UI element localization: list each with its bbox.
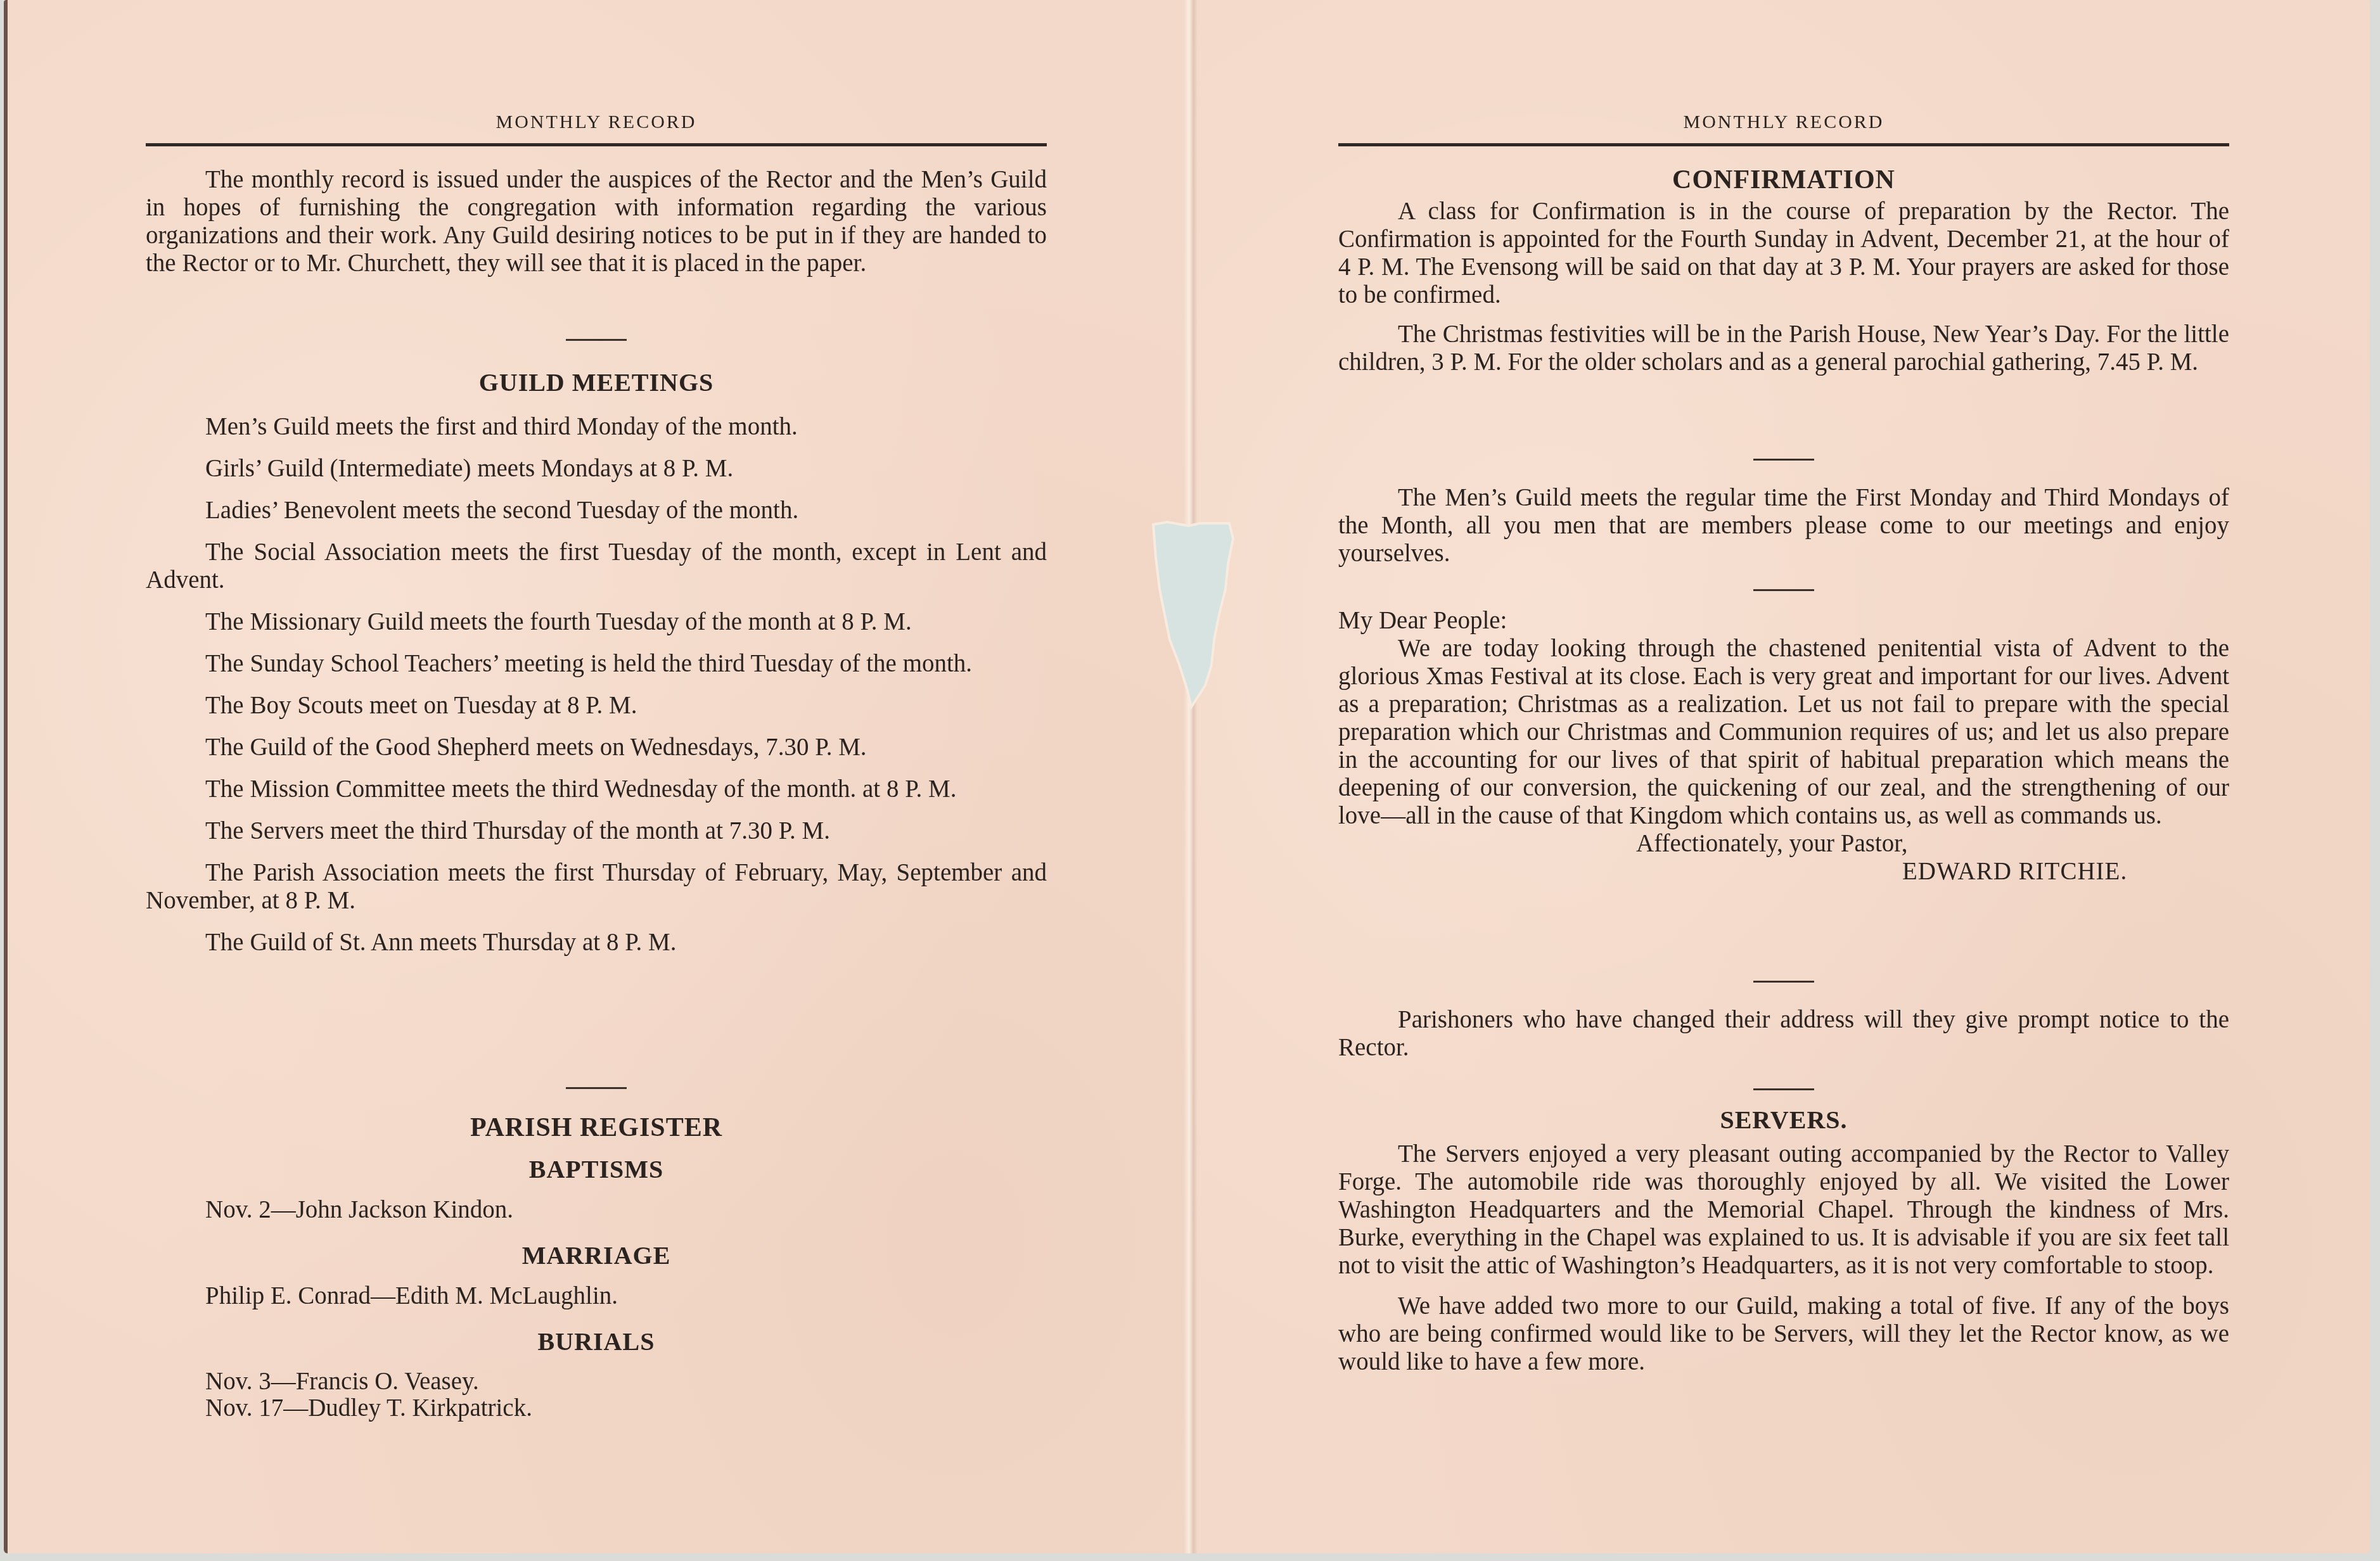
- running-head-left: MONTHLY RECORD: [146, 111, 1047, 133]
- intro-paragraph: The monthly record is issued under the a…: [146, 166, 1047, 277]
- header-rule: [1338, 143, 2229, 146]
- section-title-servers: SERVERS.: [1338, 1106, 2229, 1134]
- meeting-item: The Missionary Guild meets the fourth Tu…: [146, 608, 1047, 636]
- separator: [566, 339, 627, 341]
- mens-guild-notice: The Men’s Guild meets the regular time t…: [1338, 484, 2229, 568]
- letter-body: We are today looking through the chasten…: [1338, 635, 2229, 830]
- meeting-item: The Sunday School Teachers’ meeting is h…: [146, 650, 1047, 678]
- pastor-letter-section: My Dear People: We are today looking thr…: [1338, 607, 2229, 886]
- marriage-entry: Philip E. Conrad—Edith M. McLaughlin.: [146, 1282, 1047, 1310]
- separator-wrap: [1338, 589, 2229, 591]
- letter-signature: EDWARD RITCHIE.: [1338, 858, 2229, 886]
- confirmation-paragraph: A class for Confirmation is in the cours…: [1338, 198, 2229, 309]
- servers-section: SERVERS. The Servers enjoyed a very plea…: [1338, 1106, 2229, 1376]
- meeting-item: The Mission Committee meets the third We…: [146, 775, 1047, 803]
- separator-wrap: [1338, 981, 2229, 983]
- separator: [1753, 1088, 1814, 1090]
- baptism-entry: Nov. 2—John Jackson Kindon.: [146, 1196, 1047, 1224]
- separator: [566, 1087, 627, 1089]
- separator-wrap: [146, 1087, 1047, 1089]
- meeting-item: The Parish Association meets the first T…: [146, 859, 1047, 915]
- subtitle-marriage: MARRIAGE: [146, 1242, 1047, 1270]
- burial-entry: Nov. 3—Francis O. Veasey.: [146, 1368, 1047, 1395]
- meeting-item: The Guild of St. Ann meets Thursday at 8…: [146, 929, 1047, 957]
- letter-salutation: My Dear People:: [1338, 607, 2229, 635]
- section-title-parish-register: PARISH REGISTER: [146, 1114, 1047, 1142]
- separator: [1753, 981, 1814, 983]
- address-notice-section: Parishoners who have changed their addre…: [1338, 1006, 2229, 1062]
- servers-paragraph: We have added two more to our Guild, mak…: [1338, 1292, 2229, 1376]
- meeting-item: The Social Association meets the first T…: [146, 538, 1047, 594]
- address-notice: Parishoners who have changed their addre…: [1338, 1006, 2229, 1062]
- christmas-paragraph: The Christmas festivities will be in the…: [1338, 321, 2229, 376]
- section-title-guild-meetings: GUILD MEETINGS: [146, 369, 1047, 397]
- burial-entry: Nov. 17—Dudley T. Kirkpatrick.: [146, 1395, 1047, 1422]
- subtitle-burials: BURIALS: [146, 1328, 1047, 1356]
- header-rule: [146, 143, 1047, 146]
- intro-section: The monthly record is issued under the a…: [146, 166, 1047, 277]
- subtitle-baptisms: BAPTISMS: [146, 1156, 1047, 1183]
- meeting-item: Girls’ Guild (Intermediate) meets Monday…: [146, 455, 1047, 483]
- confirmation-section: CONFIRMATION A class for Confirmation is…: [1338, 166, 2229, 376]
- separator-wrap: [1338, 1088, 2229, 1090]
- parish-register-section: PARISH REGISTER BAPTISMS Nov. 2—John Jac…: [146, 1114, 1047, 1422]
- letter-closing: Affectionately, your Pastor,: [1338, 830, 2229, 858]
- separator: [1753, 459, 1814, 461]
- separator-wrap: [1338, 459, 2229, 461]
- servers-paragraph: The Servers enjoyed a very pleasant outi…: [1338, 1140, 2229, 1280]
- section-title-confirmation: CONFIRMATION: [1338, 166, 2229, 194]
- running-head-right: MONTHLY RECORD: [1338, 111, 2229, 133]
- meeting-item: The Guild of the Good Shepherd meets on …: [146, 734, 1047, 761]
- paper-tear: [1151, 519, 1239, 710]
- meeting-item: Ladies’ Benevolent meets the second Tues…: [146, 497, 1047, 525]
- meeting-item: The Boy Scouts meet on Tuesday at 8 P. M…: [146, 692, 1047, 720]
- meeting-item: The Servers meet the third Thursday of t…: [146, 817, 1047, 845]
- center-fold: [1184, 0, 1198, 1553]
- meeting-item: Men’s Guild meets the first and third Mo…: [146, 413, 1047, 441]
- mens-guild-section: The Men’s Guild meets the regular time t…: [1338, 484, 2229, 568]
- guild-meetings-section: GUILD MEETINGS Men’s Guild meets the fir…: [146, 369, 1047, 971]
- separator-wrap: [146, 339, 1047, 341]
- separator: [1753, 589, 1814, 591]
